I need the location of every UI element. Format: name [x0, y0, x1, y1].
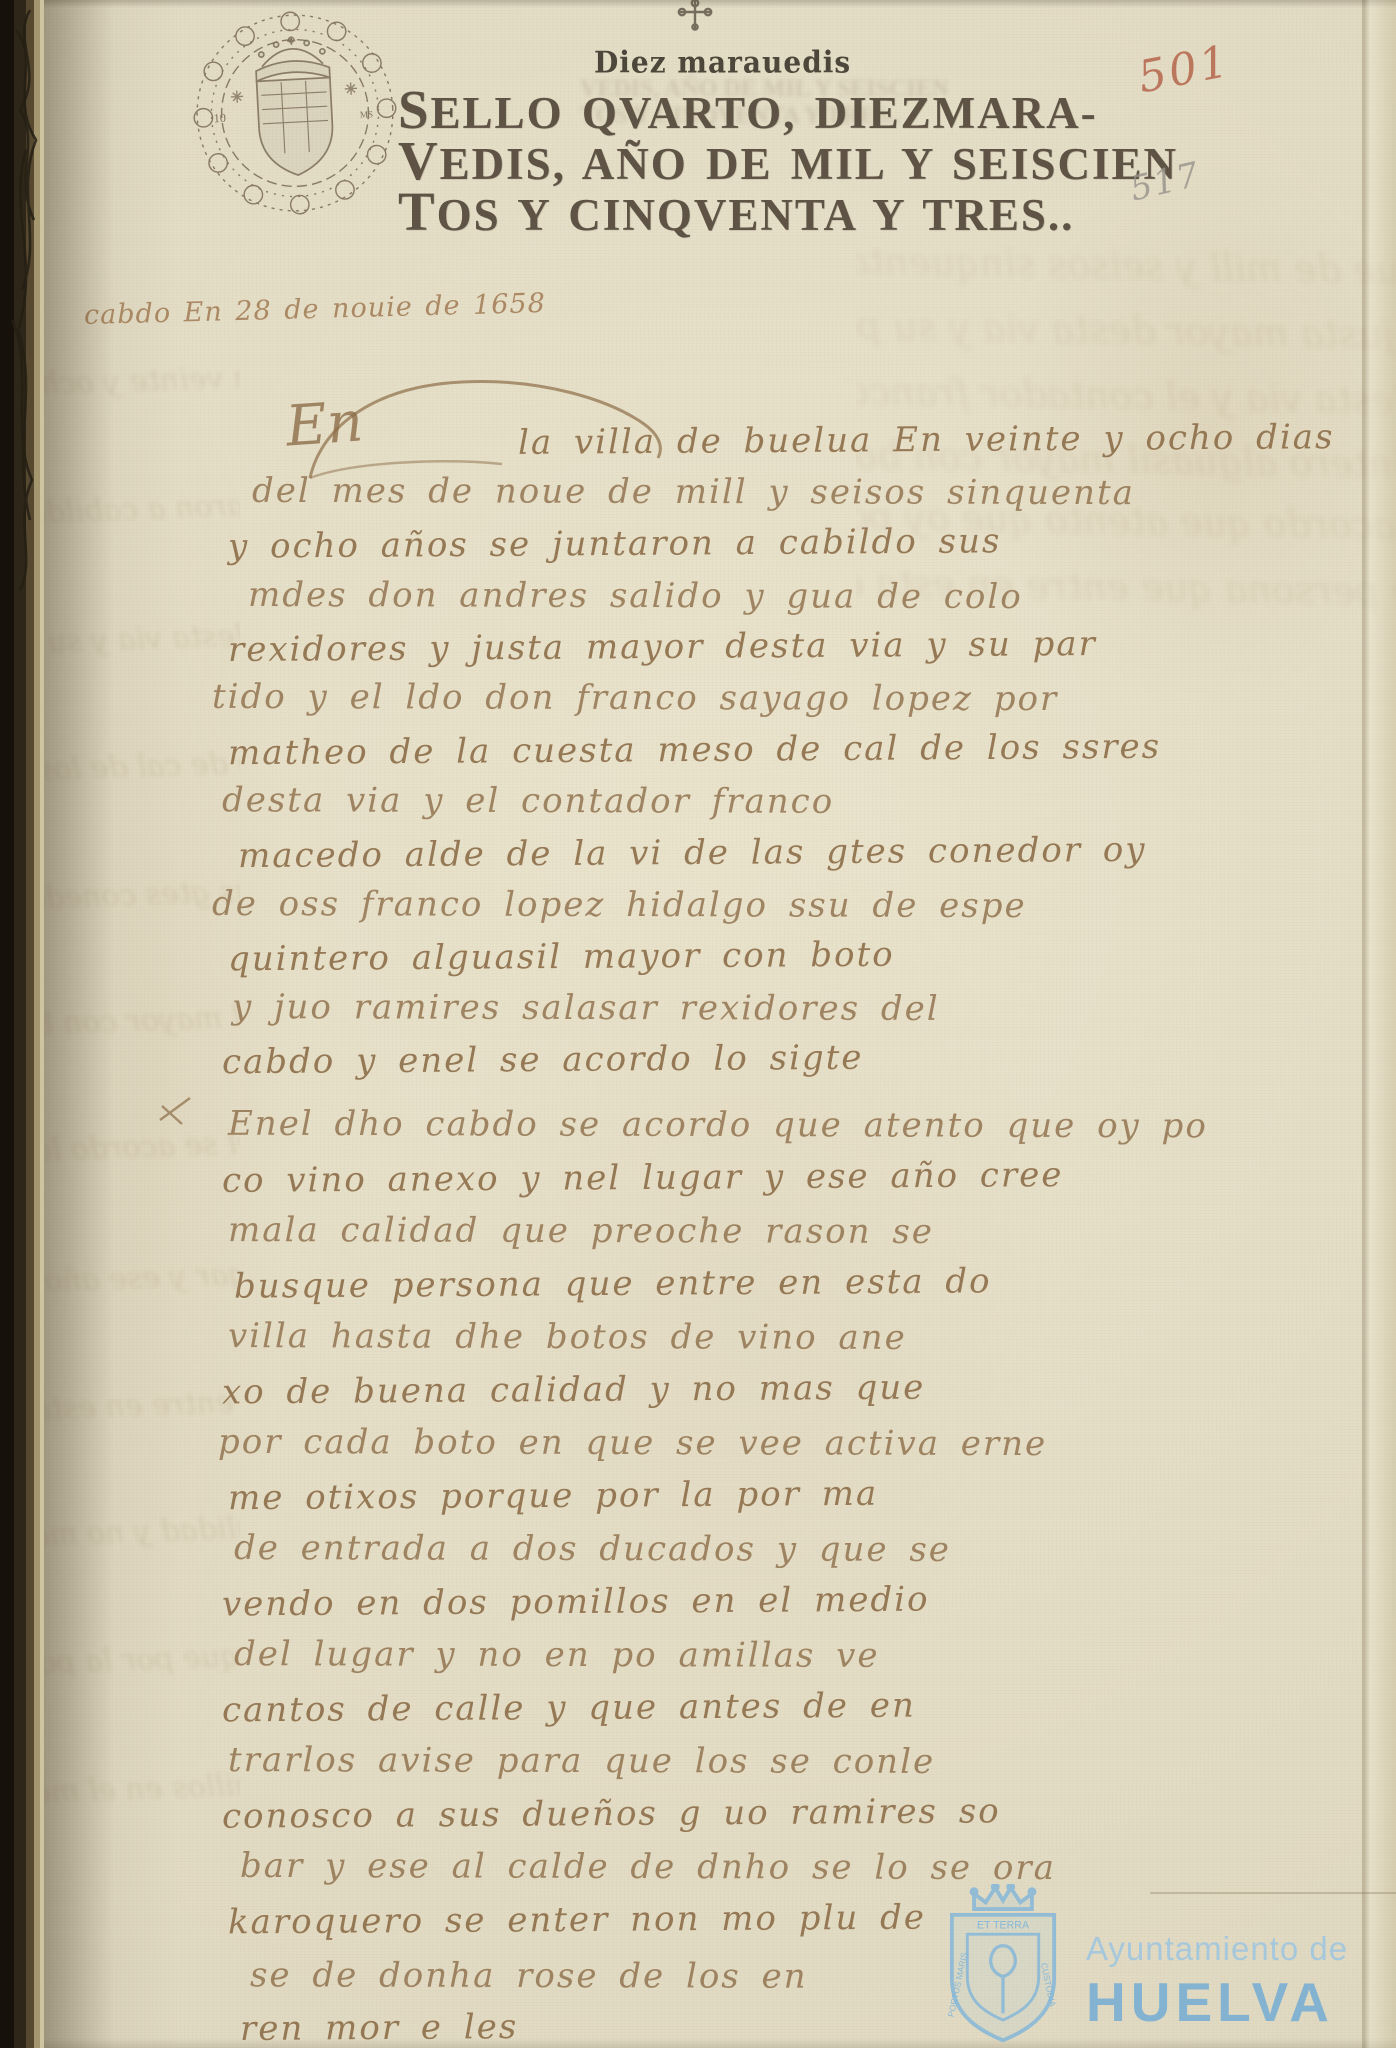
manuscript-line: mala calidad que preoche rason se — [228, 1210, 934, 1252]
manuscript-line: cabdo y enel se acordo lo sigte — [222, 1038, 864, 1082]
manuscript-line: del lugar y no en po amillas ve — [234, 1634, 880, 1676]
manuscript-line: vendo en dos pomillos en el medio — [222, 1580, 930, 1625]
manuscript-line: del mes de noue de mill y seisos sinquen… — [252, 471, 1135, 513]
corner-scribbles-icon — [0, 0, 70, 600]
watermark-text: Ayuntamiento de HUELVA — [1086, 1930, 1348, 2034]
manuscript-line: y ocho años se juntaron a cabildo sus — [228, 521, 1002, 566]
manuscript-line: macedo alde de la vi de las gtes conedor… — [238, 830, 1147, 876]
manuscript-line: Enel dho cabdo se acordo que atento que … — [228, 1104, 1208, 1147]
huelva-coat-of-arms-icon: ET TERRA PORTUS MARIS CUSTODIA — [928, 1884, 1078, 2048]
manuscript-line: bar y ese al calde de dnho se lo se ora — [240, 1846, 1056, 1888]
manuscript-line: mdes don andres salido y gua de colo — [248, 575, 1023, 617]
manuscript-line: y juo ramires salasar rexidores del — [232, 987, 940, 1029]
manuscript-body: la villa de buelua En veinte y ocho dias… — [0, 0, 1396, 2048]
manuscript-line: de entrada a dos ducados y que se — [234, 1528, 951, 1570]
document-scan: la villa de buelua En veinte y ocho dias… — [0, 0, 1396, 2048]
manuscript-line: se de donha rose de los en — [250, 1955, 808, 1996]
archive-watermark: ET TERRA PORTUS MARIS CUSTODIA Ayuntamie… — [928, 1884, 1396, 2048]
manuscript-line: rexidores y justa mayor desta via y su p… — [228, 624, 1097, 670]
manuscript-line: de oss franco lopez hidalgo ssu de espe — [212, 884, 1027, 926]
paragraph-mark-icon — [156, 1090, 196, 1130]
watermark-motto-top: ET TERRA — [977, 1919, 1030, 1931]
manuscript-line: tido y el ldo don franco sayago lopez po… — [212, 677, 1058, 719]
manuscript-line: busque persona que entre en esta do — [234, 1261, 992, 1306]
manuscript-line: villa hasta dhe botos de vino ane — [228, 1316, 907, 1358]
page-edge-right — [1362, 0, 1396, 2048]
manuscript-line: cantos de calle y que antes de en — [222, 1686, 916, 1731]
manuscript-line: me otixos porque por la por ma — [228, 1474, 878, 1519]
manuscript-line: conosco a sus dueños g uo ramires so — [222, 1791, 1001, 1836]
manuscript-line: trarlos avise para que los se conle — [228, 1740, 935, 1782]
manuscript-line: co vino anexo y nel lugar y ese año cree — [222, 1155, 1064, 1201]
manuscript-line: la villa de buelua En veinte y ocho dias — [518, 417, 1335, 463]
manuscript-line: desta via y el contador franco — [222, 780, 834, 822]
manuscript-line: karoquero se enter non mo plu de — [228, 1898, 926, 1943]
manuscript-line: xo de buena calidad y no mas que — [222, 1368, 926, 1413]
manuscript-line: ren mor e les — [240, 2007, 519, 2048]
watermark-city-name: HUELVA — [1086, 1970, 1348, 2034]
manuscript-line: matheo de la cuesta meso de cal de los s… — [228, 727, 1161, 774]
watermark-org-name: Ayuntamiento de — [1086, 1930, 1348, 1968]
manuscript-line: por cada boto en que se vee activa erne — [218, 1422, 1047, 1464]
manuscript-line: quintero alguasil mayor con boto — [228, 935, 895, 980]
